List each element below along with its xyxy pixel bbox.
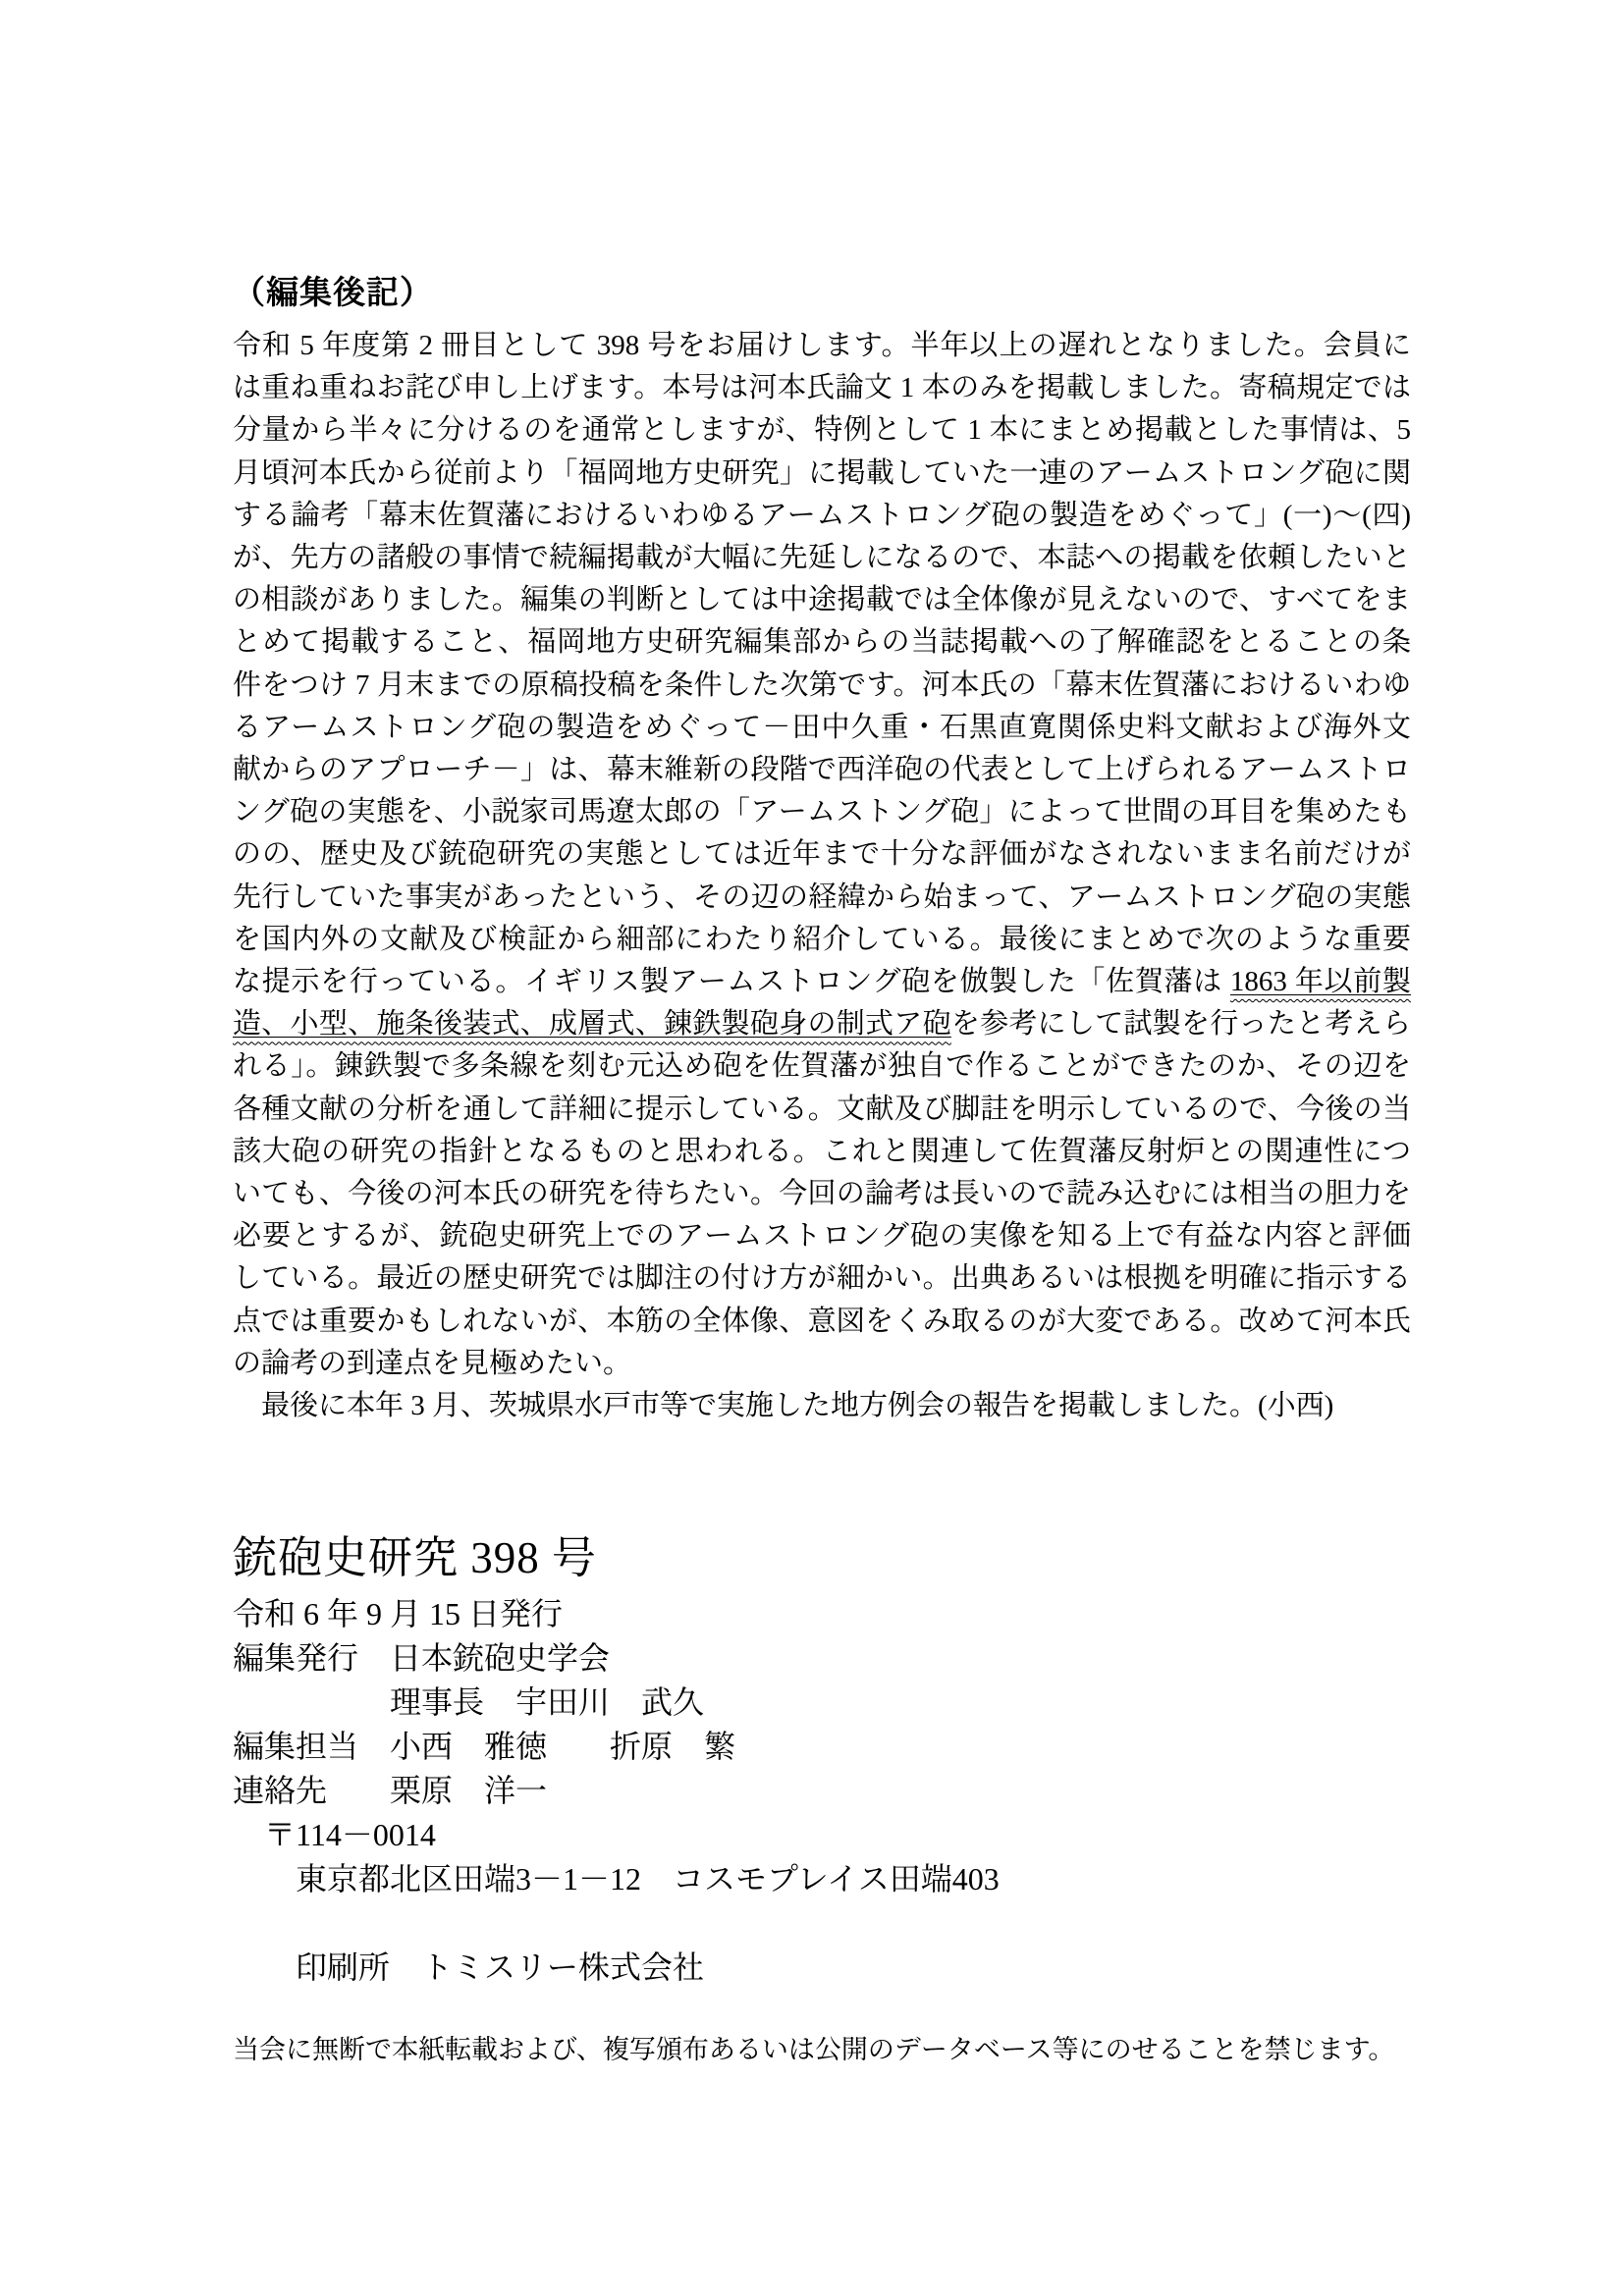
colophon-line: 理事長 宇田川 武久	[233, 1681, 1000, 1725]
body-line: 月頃河本氏から従前より「福岡地方史研究」に掲載していた一連のアームストロング砲に…	[233, 453, 1411, 495]
body-line: の相談がありました。編集の判断としては中途掲載では全体像が見えないので、すべてを…	[233, 579, 1411, 621]
copyright-notice: 当会に無断で本紙転載および、複写頒布あるいは公開のデータベース等にのせることを禁…	[233, 2028, 1394, 2066]
colophon-line	[233, 1901, 1000, 1946]
colophon-line: 令和 6 年 9 月 15 日発行	[233, 1592, 1000, 1636]
colophon-line: 〒114－0014	[233, 1813, 1000, 1857]
body-line: する論考「幕末佐賀藩におけるいわゆるアームストロング砲の製造をめぐって」(一)～…	[233, 495, 1411, 537]
colophon-line: 連絡先 栗原 洋一	[233, 1769, 1000, 1813]
colophon: 令和 6 年 9 月 15 日発行編集発行 日本銃砲史学会 理事長 宇田川 武久…	[233, 1592, 1000, 1990]
editorial-postscript-heading: （編集後記）	[233, 267, 433, 313]
colophon-line: 東京都北区田端3－1－12 コスモプレイス田端403	[233, 1857, 1000, 1901]
colophon-line: 編集担当 小西 雅徳 折原 繁	[233, 1725, 1000, 1769]
body-line: な提示を行っている。イギリス製アームストロング砲を倣製した「佐賀藩は 1863 …	[233, 961, 1411, 1003]
body-line: 最後に本年 3 月、茨城県水戸市等で実施した地方例会の報告を掲載しました。(小西…	[233, 1385, 1411, 1427]
body-line: は重ね重ねお詫び申し上げます。本号は河本氏論文 1 本のみを掲載しました。寄稿規…	[233, 367, 1411, 409]
body-line: 件をつけ 7 月末までの原稿投稿を条件した次第です。河本氏の「幕末佐賀藩における…	[233, 665, 1411, 707]
underlined-text: 1863 年以前製	[1230, 966, 1411, 997]
body-line: 献からのアプローチ－」は、幕末維新の段階で西洋砲の代表として上げられるアームスト…	[233, 749, 1411, 791]
underlined-text-inner: 造、小型、施条後装式、成層式、錬鉄製砲身の制式ア砲	[233, 1008, 951, 1040]
body-line: 先行していた事実があったという、その辺の経緯から始まって、アームストロング砲の実…	[233, 877, 1411, 919]
underlined-text: 造、小型、施条後装式、成層式、錬鉄製砲身の制式ア砲	[233, 1008, 951, 1040]
body-line: 分量から半々に分けるのを通常としますが、特例として 1 本にまとめ掲載とした事情…	[233, 409, 1411, 452]
body-line: 各種文献の分析を通して詳細に提示している。文献及び脚註を明示しているので、今後の…	[233, 1089, 1411, 1131]
document-page: （編集後記） 令和 5 年度第 2 冊目として 398 号をお届けします。半年以…	[0, 0, 1624, 2296]
body-line: 該大砲の研究の指針となるものと思われる。これと関連して佐賀藩反射炉との関連性につ	[233, 1131, 1411, 1173]
body-line: 令和 5 年度第 2 冊目として 398 号をお届けします。半年以上の遅れとなり…	[233, 325, 1411, 367]
body-line: を国内外の文献及び検証から細部にわたり紹介している。最後にまとめで次のような重要	[233, 919, 1411, 961]
body-line: れる」。錬鉄製で多条線を刻む元込め砲を佐賀藩が独自で作ることができたのか、その辺…	[233, 1045, 1411, 1088]
body-line: 点では重要かもしれないが、本筋の全体像、意図をくみ取るのが大変である。改めて河本…	[233, 1301, 1411, 1343]
body-line: いても、今後の河本氏の研究を待ちたい。今回の論考は長いので読み込むには相当の胆力…	[233, 1173, 1411, 1215]
colophon-line: 印刷所 トミスリー株式会社	[233, 1946, 1000, 1990]
body-line: ング砲の実態を、小説家司馬遼太郎の「アームストング砲」によって世間の耳目を集めた…	[233, 791, 1411, 833]
body-line: とめて掲載すること、福岡地方史研究編集部からの当誌掲載への了解確認をとることの条	[233, 621, 1411, 664]
body-line: している。最近の歴史研究では脚注の付け方が細かい。出典あるいは根拠を明確に指示す…	[233, 1257, 1411, 1300]
body-line: が、先方の諸般の事情で続編掲載が大幅に先延しになるので、本誌への掲載を依頼したい…	[233, 537, 1411, 579]
body-line: のの、歴史及び銃砲研究の実態としては近年まで十分な評価がなされないまま名前だけが	[233, 833, 1411, 876]
body-line: の論考の到達点を見極めたい。	[233, 1343, 1411, 1385]
colophon-line: 編集発行 日本銃砲史学会	[233, 1636, 1000, 1681]
body-line: 造、小型、施条後装式、成層式、錬鉄製砲身の制式ア砲を参考にして試製を行ったと考え…	[233, 1003, 1411, 1045]
editorial-body: 令和 5 年度第 2 冊目として 398 号をお届けします。半年以上の遅れとなり…	[233, 325, 1411, 1427]
body-line: 必要とするが、銃砲史研究上でのアームストロング砲の実像を知る上で有益な内容と評価	[233, 1215, 1411, 1257]
journal-title: 銃砲史研究 398 号	[233, 1522, 597, 1585]
underlined-text-inner: 1863 年以前製	[1230, 966, 1411, 997]
body-line: るアームストロング砲の製造をめぐって－田中久重・石黒直寛関係史料文献および海外文	[233, 707, 1411, 749]
